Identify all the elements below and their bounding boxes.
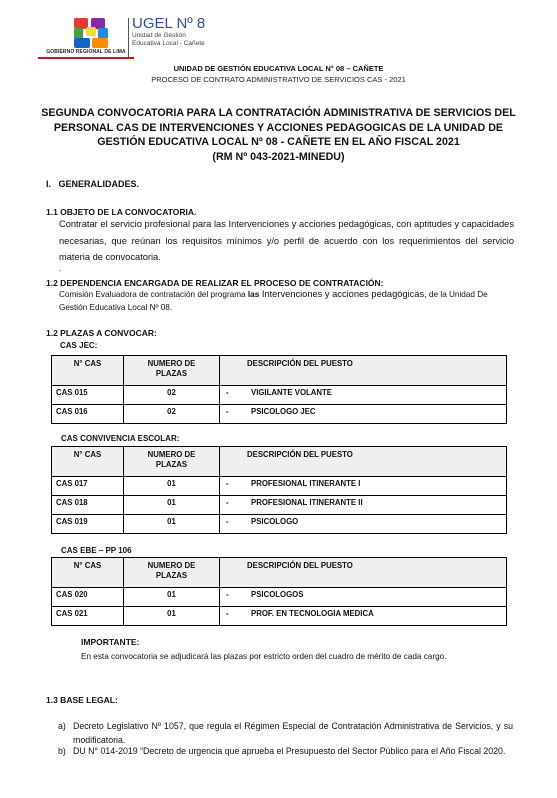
section-1-2-text-a: Comisión Evaluadora de contratación del … bbox=[59, 290, 248, 299]
header-descripcion: DESCRIPCIÓN DEL PUESTO bbox=[220, 558, 507, 588]
document-header-line1: UNIDAD DE GESTIÓN EDUCATIVA LOCAL N° 08 … bbox=[0, 64, 557, 73]
section-1-3-heading: 1.3 BASE LEGAL: bbox=[46, 695, 118, 705]
header-numero-line2: PLAZAS bbox=[156, 369, 187, 378]
section-1-2-text-b: Intervenciones y acciones pedagógicas, bbox=[259, 289, 426, 299]
ugel-title: UGEL Nº 8 bbox=[132, 16, 205, 32]
title-line: GESTIÓN EDUCATIVA LOCAL Nº 08 - CAÑETE E… bbox=[0, 135, 557, 150]
cell-descripcion: -PROF. EN TECNOLOGIA MEDICA bbox=[220, 607, 507, 626]
descripcion-text: PROFESIONAL ITINERANTE I bbox=[251, 479, 360, 488]
header-numero-line1: NUMERO DE bbox=[148, 450, 196, 459]
cell-cas: CAS 019 bbox=[52, 515, 124, 534]
table-cas-ebe: N° CAS NUMERO DEPLAZAS DESCRIPCIÓN DEL P… bbox=[51, 557, 507, 626]
ugel-subtitle: Unidad de Gestión Educativa Local - Cañe… bbox=[132, 32, 205, 48]
cell-descripcion: -PROFESIONAL ITINERANTE II bbox=[220, 496, 507, 515]
title-line: PERSONAL CAS DE INTERVENCIONES Y ACCIONE… bbox=[0, 121, 557, 136]
cell-cas: CAS 018 bbox=[52, 496, 124, 515]
cell-descripcion: -PSICOLOGO JEC bbox=[220, 405, 507, 424]
table-label-jec: CAS JEC: bbox=[60, 341, 97, 350]
legal-item: a) Decreto Legislativo Nº 1057, que regu… bbox=[58, 720, 513, 747]
table-header-row: N° CAS NUMERO DEPLAZAS DESCRIPCIÓN DEL P… bbox=[52, 356, 507, 386]
cell-plazas: 01 bbox=[124, 515, 220, 534]
header-descripcion: DESCRIPCIÓN DEL PUESTO bbox=[220, 356, 507, 386]
org-underline bbox=[38, 57, 134, 59]
cell-plazas: 01 bbox=[124, 477, 220, 496]
document-title: SEGUNDA CONVOCATORIA PARA LA CONTRATACIÓ… bbox=[0, 106, 557, 164]
table-label-convivencia: CAS CONVIVENCIA ESCOLAR: bbox=[61, 434, 179, 443]
cell-cas: CAS 017 bbox=[52, 477, 124, 496]
cell-plazas: 01 bbox=[124, 496, 220, 515]
cell-descripcion: -PROFESIONAL ITINERANTE I bbox=[220, 477, 507, 496]
descripcion-text: PSICOLOGO JEC bbox=[251, 407, 316, 416]
header-n-cas: N° CAS bbox=[52, 356, 124, 386]
ugel-subtitle-line1: Unidad de Gestión bbox=[132, 32, 205, 40]
cell-cas: CAS 021 bbox=[52, 607, 124, 626]
legal-item-text: DU N° 014-2019 “Decreto de urgencia que … bbox=[73, 745, 513, 759]
legal-item-text: Decreto Legislativo Nº 1057, que regula … bbox=[73, 720, 513, 747]
cell-cas: CAS 020 bbox=[52, 588, 124, 607]
cell-plazas: 02 bbox=[124, 386, 220, 405]
logo-piece bbox=[74, 38, 90, 48]
table-row: CAS 017 01 -PROFESIONAL ITINERANTE I bbox=[52, 477, 507, 496]
cell-descripcion: -PSICOLOGO bbox=[220, 515, 507, 534]
table-row: CAS 016 02 -PSICOLOGO JEC bbox=[52, 405, 507, 424]
table-cas-convivencia: N° CAS NUMERO DEPLAZAS DESCRIPCIÓN DEL P… bbox=[51, 446, 507, 534]
section-1-2-heading: 1.2 DEPENDENCIA ENCARGADA DE REALIZAR EL… bbox=[46, 278, 384, 288]
bullet-dash: - bbox=[224, 498, 251, 507]
table-row: CAS 015 02 -VIGILANTE VOLANTE bbox=[52, 386, 507, 405]
header-numero-plazas: NUMERO DEPLAZAS bbox=[124, 447, 220, 477]
table-label-ebe: CAS EBE – PP 106 bbox=[61, 546, 132, 555]
bullet-dash: - bbox=[224, 407, 251, 416]
ugel-subtitle-line2: Educativa Local - Cañete bbox=[132, 40, 205, 48]
cell-plazas: 01 bbox=[124, 607, 220, 626]
section-1-1-text: Contratar el servicio profesional para l… bbox=[59, 216, 514, 266]
bullet-dash: - bbox=[224, 479, 251, 488]
table-header-row: N° CAS NUMERO DEPLAZAS DESCRIPCIÓN DEL P… bbox=[52, 558, 507, 588]
descripcion-text: PSICOLOGO bbox=[251, 517, 298, 526]
table-row: CAS 019 01 -PSICOLOGO bbox=[52, 515, 507, 534]
cell-descripcion: -VIGILANTE VOLANTE bbox=[220, 386, 507, 405]
important-text: En esta convocatoria se adjudicará las p… bbox=[81, 650, 446, 663]
section-1-2-text: Comisión Evaluadora de contratación del … bbox=[59, 288, 517, 314]
section-heading-generalidades: I. GENERALIDADES. bbox=[46, 179, 139, 189]
header-numero-line2: PLAZAS bbox=[156, 571, 187, 580]
legal-item: b) DU N° 014-2019 “Decreto de urgencia q… bbox=[58, 745, 513, 759]
section-plazas-heading: 1.2 PLAZAS A CONVOCAR: bbox=[46, 328, 157, 338]
header-numero-plazas: NUMERO DEPLAZAS bbox=[124, 356, 220, 386]
header-divider bbox=[128, 18, 129, 58]
descripcion-text: VIGILANTE VOLANTE bbox=[251, 388, 332, 397]
table-row: CAS 020 01 -PSICOLOGOS bbox=[52, 588, 507, 607]
title-line: SEGUNDA CONVOCATORIA PARA LA CONTRATACIÓ… bbox=[0, 106, 557, 121]
header-descripcion: DESCRIPCIÓN DEL PUESTO bbox=[220, 447, 507, 477]
table-row: CAS 021 01 -PROF. EN TECNOLOGIA MEDICA bbox=[52, 607, 507, 626]
table-header-row: N° CAS NUMERO DEPLAZAS DESCRIPCIÓN DEL P… bbox=[52, 447, 507, 477]
cell-cas: CAS 015 bbox=[52, 386, 124, 405]
document-header-line2: PROCESO DE CONTRATO ADMINISTRATIVO DE SE… bbox=[0, 75, 557, 84]
header-n-cas: N° CAS bbox=[52, 558, 124, 588]
cell-plazas: 02 bbox=[124, 405, 220, 424]
table-row: CAS 018 01 -PROFESIONAL ITINERANTE II bbox=[52, 496, 507, 515]
legal-item-label: a) bbox=[58, 720, 66, 734]
gobierno-regional-logo-icon bbox=[74, 18, 108, 48]
stray-dot: . bbox=[59, 262, 61, 275]
header-n-cas: N° CAS bbox=[52, 447, 124, 477]
cell-plazas: 01 bbox=[124, 588, 220, 607]
title-line: (RM Nº 043-2021-MINEDU) bbox=[0, 150, 557, 165]
bullet-dash: - bbox=[224, 609, 251, 618]
header-numero-line1: NUMERO DE bbox=[148, 561, 196, 570]
header-numero-line2: PLAZAS bbox=[156, 460, 187, 469]
bullet-dash: - bbox=[224, 517, 251, 526]
section-1-2-text-bold: las bbox=[248, 290, 259, 299]
important-label: IMPORTANTE: bbox=[81, 637, 139, 647]
descripcion-text: PROF. EN TECNOLOGIA MEDICA bbox=[251, 609, 374, 618]
descripcion-text: PROFESIONAL ITINERANTE II bbox=[251, 498, 363, 507]
logo-piece bbox=[92, 38, 108, 48]
legal-item-label: b) bbox=[58, 745, 66, 759]
cell-descripcion: -PSICOLOGOS bbox=[220, 588, 507, 607]
org-name: GOBIERNO REGIONAL DE LIMA bbox=[34, 49, 138, 55]
table-cas-jec: N° CAS NUMERO DEPLAZAS DESCRIPCIÓN DEL P… bbox=[51, 355, 507, 424]
bullet-dash: - bbox=[224, 590, 251, 599]
header-numero-plazas: NUMERO DEPLAZAS bbox=[124, 558, 220, 588]
header-numero-line1: NUMERO DE bbox=[148, 359, 196, 368]
bullet-dash: - bbox=[224, 388, 251, 397]
descripcion-text: PSICOLOGOS bbox=[251, 590, 303, 599]
cell-cas: CAS 016 bbox=[52, 405, 124, 424]
logo-piece bbox=[86, 27, 96, 36]
